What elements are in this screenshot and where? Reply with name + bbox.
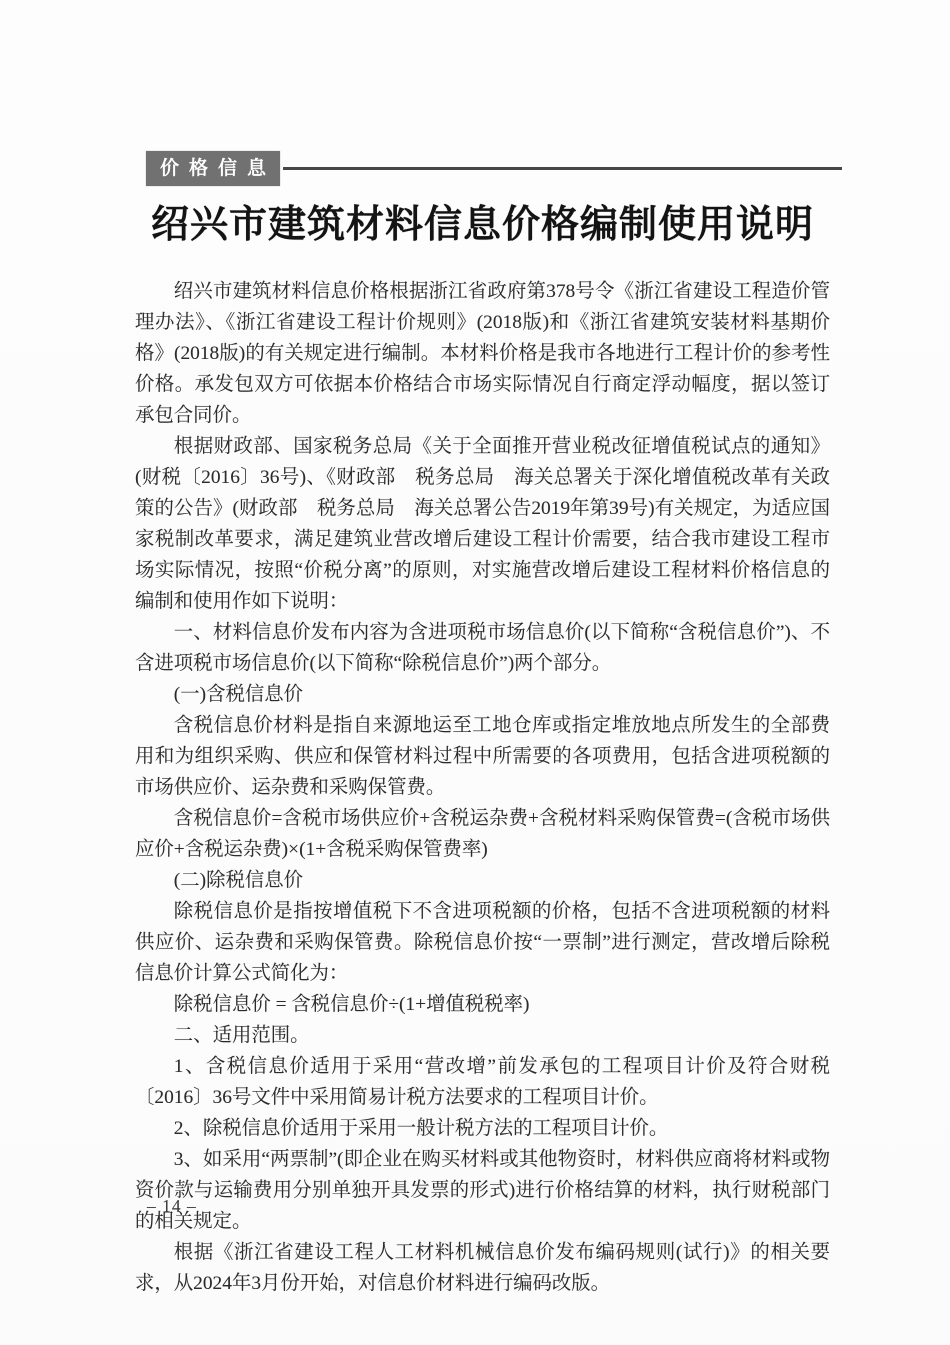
formula-tax-included: 含税信息价=含税市场供应价+含税运杂费+含税材料采购保管费=(含税市场供应价+含…: [135, 803, 830, 865]
heading-tax-excluded: (二)除税信息价: [135, 865, 830, 896]
header-rule-line: [283, 167, 842, 170]
paragraph-rule-3: 3、如采用“两票制”(即企业在购买材料或其他物资时，材料供应商将材料或物资价款与…: [135, 1144, 830, 1237]
heading-tax-included: (一)含税信息价: [135, 679, 830, 710]
formula-tax-excluded: 除税信息价 = 含税信息价÷(1+增值税税率): [135, 989, 830, 1020]
paragraph-coding-update: 根据《浙江省建设工程人工材料机械信息价发布编码规则(试行)》的相关要求，从202…: [135, 1237, 830, 1299]
paragraph-rule-1: 1、含税信息价适用于采用“营改增”前发承包的工程项目计价及符合财税〔2016〕3…: [135, 1051, 830, 1113]
document-page: 价格信息 绍兴市建筑材料信息价格编制使用说明 绍兴市建筑材料信息价格根据浙江省政…: [0, 0, 950, 1345]
document-body: 绍兴市建筑材料信息价格根据浙江省政府第378号令《浙江省建设工程造价管理办法》、…: [135, 276, 830, 1299]
paragraph-intro: 绍兴市建筑材料信息价格根据浙江省政府第378号令《浙江省建设工程造价管理办法》、…: [135, 276, 830, 431]
paragraph-rule-2: 2、除税信息价适用于采用一般计税方法的工程项目计价。: [135, 1113, 830, 1144]
heading-section-2: 二、适用范围。: [135, 1020, 830, 1051]
section-header: 价格信息: [146, 151, 842, 186]
section-badge: 价格信息: [146, 151, 280, 186]
paragraph-tax-excluded-def: 除税信息价是指按增值税下不含进项税额的价格，包括不含进项税额的材料供应价、运杂费…: [135, 896, 830, 989]
paragraph-section-1: 一、材料信息价发布内容为含进项税市场信息价(以下简称“含税信息价”)、不含进项税…: [135, 617, 830, 679]
paragraph-tax-included-def: 含税信息价材料是指自来源地运至工地仓库或指定堆放地点所发生的全部费用和为组织采购…: [135, 710, 830, 803]
page-title: 绍兴市建筑材料信息价格编制使用说明: [135, 200, 830, 250]
page-number: – 14 –: [147, 1196, 197, 1217]
paragraph-policy-basis: 根据财政部、国家税务总局《关于全面推开营业税改征增值税试点的通知》(财税〔201…: [135, 431, 830, 617]
